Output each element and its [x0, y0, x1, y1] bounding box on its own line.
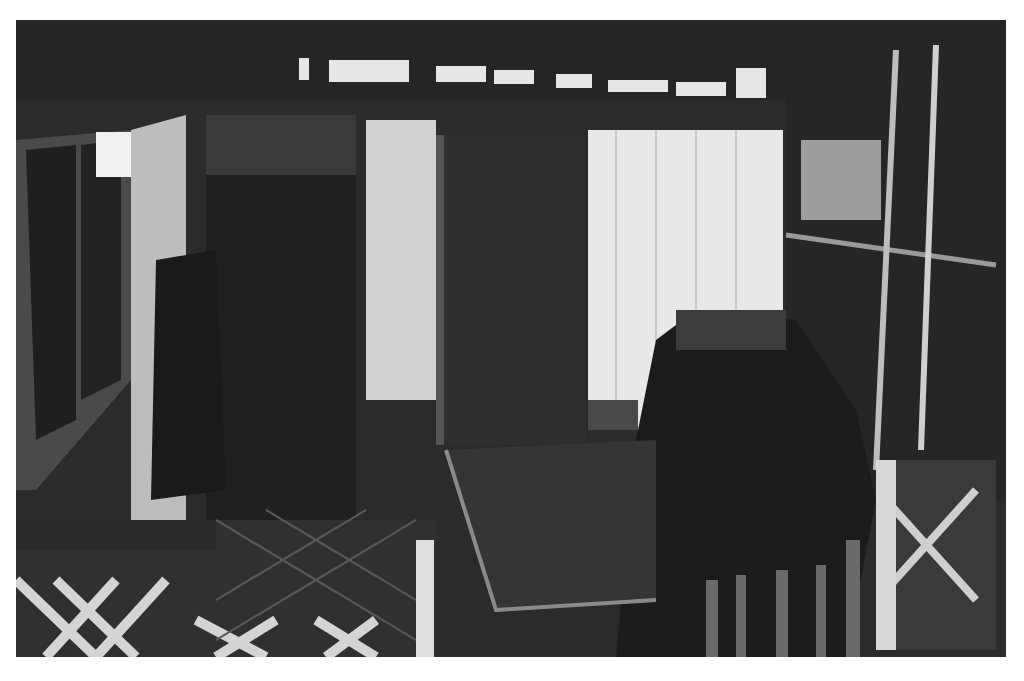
- photograph: [16, 20, 1006, 657]
- porch-scene: [16, 20, 1006, 657]
